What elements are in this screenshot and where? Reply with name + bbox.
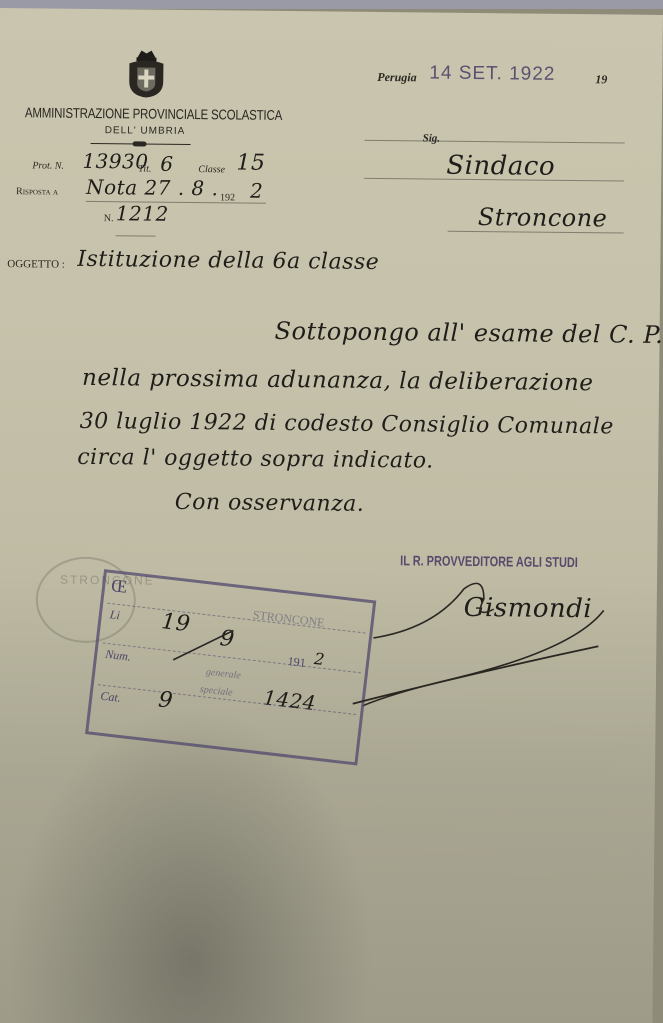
body-closing: Con osservanza. [175, 490, 365, 517]
n-value: 1212 [116, 201, 169, 226]
registry-stamp-header: Œ [110, 575, 128, 598]
recipient-title: Sindaco [446, 151, 555, 182]
body-line-4: circa l' oggetto sopra indicato. [77, 445, 434, 474]
organization-name: AMMINISTRAZIONE PROVINCIALE SCOLASTICA [25, 104, 282, 123]
risposta-rule [86, 201, 266, 204]
classe-label: Classe [198, 164, 225, 175]
date-stamp: 14 SET. 1922 [429, 63, 555, 86]
organization-region: DELL' UMBRIA [105, 125, 186, 137]
body-line-3: 30 luglio 1922 di codesto Consiglio Comu… [80, 409, 614, 440]
subject-label: OGGETTO : [7, 258, 65, 271]
dateline-city: Perugia [377, 70, 416, 85]
subject-value: Istituzione della 6a classe [77, 247, 379, 275]
sig-label: Sig. [423, 132, 441, 144]
royal-coat-of-arms-icon [123, 47, 170, 99]
letter-sheet: AMMINISTRAZIONE PROVINCIALE SCOLASTICA D… [0, 8, 663, 1023]
body-line-1: Sottopongo all' esame del C. P. S. [274, 317, 663, 349]
tit-value: 6 [160, 152, 173, 176]
ink-strokes [143, 620, 604, 725]
provveditore-stamp: IL R. PROVVEDITORE AGLI STUDI [400, 552, 578, 570]
tit-label: Tit. [138, 163, 151, 174]
li-label: Li [109, 607, 121, 623]
classe-value: 15 [236, 150, 265, 175]
n-rule [116, 235, 156, 236]
prot-label: Prot. N. [32, 160, 64, 171]
cat-label: Cat. [100, 689, 122, 706]
num-label: Num. [104, 647, 131, 665]
risposta-label: Risposta a [16, 186, 58, 197]
risposta-value: Nota 27 . 8 . [86, 175, 219, 200]
photo-top-edge [0, 0, 663, 9]
n-label: N. [104, 213, 114, 224]
dateline-year-prefix: 19 [595, 72, 607, 87]
recipient-town: Stroncone [478, 203, 608, 232]
body-line-2: nella prossima adunanza, la deliberazion… [82, 365, 594, 396]
letterhead-divider [91, 143, 191, 145]
recipient-rule-1 [365, 140, 625, 144]
risposta-year-suffix: 2 [250, 179, 263, 203]
